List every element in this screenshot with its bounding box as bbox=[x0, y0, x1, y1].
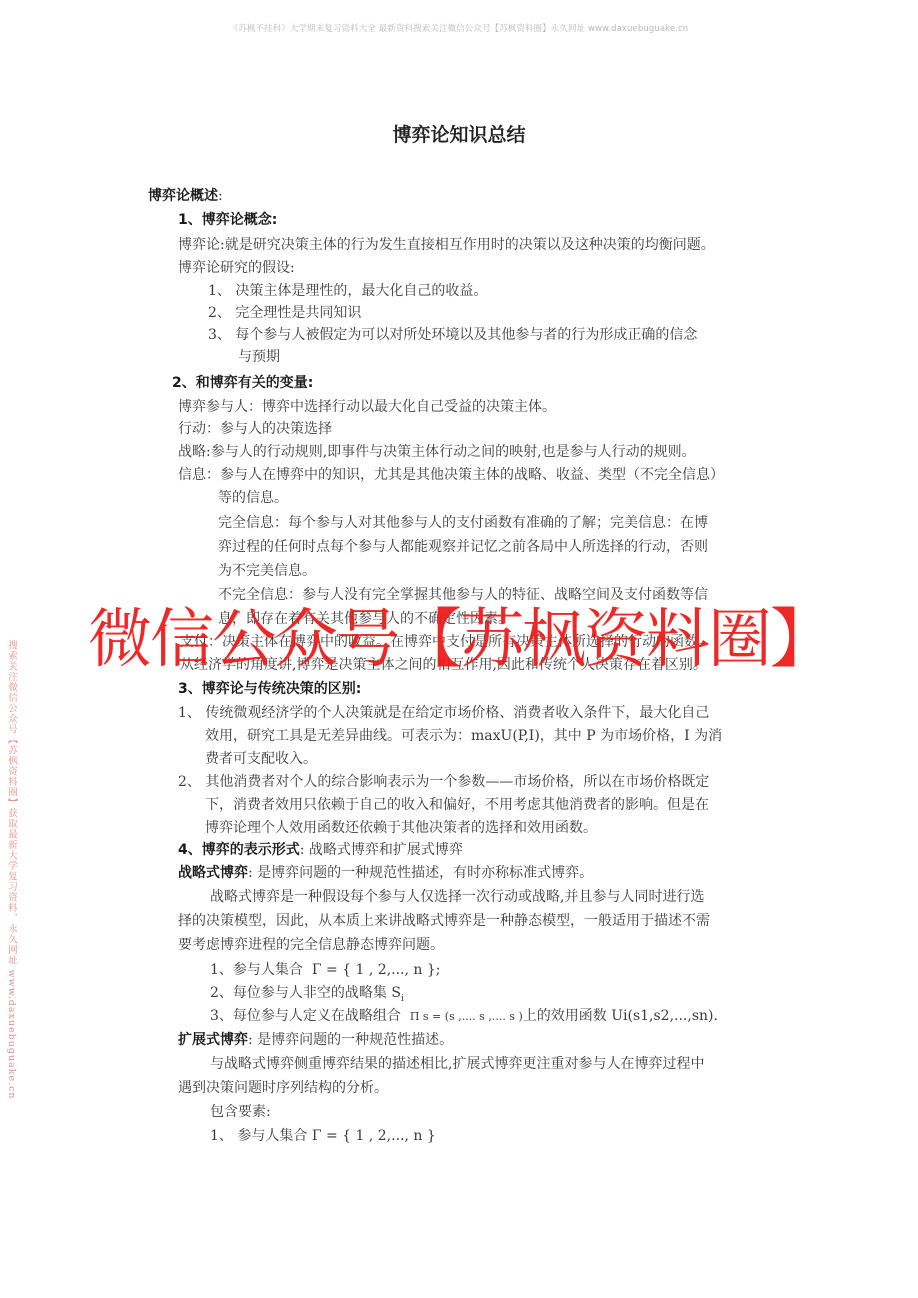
assumption-item: 3、 每个参与人被假定为可以对所处环境以及其他参与者的行为形成正确的信念 bbox=[208, 325, 697, 345]
document-title: 博弈论知识总结 bbox=[0, 120, 918, 147]
difference-line: 费者可支配收入。 bbox=[205, 749, 317, 769]
section-1-heading: 1、博弈论概念: bbox=[178, 210, 277, 230]
overlay-watermark: 微信公众号【苏枫资料圈】 bbox=[88, 605, 808, 675]
strategic-item-1: 1、参与人集合 Γ = { 1 , 2,..., n }; bbox=[210, 960, 441, 980]
section-4-heading: 4、博弈的表示形式: 战略式博弈和扩展式博弈 bbox=[178, 840, 463, 860]
strategic-para-line: 择的决策模型，因此，从本质上来讲战略式博弈是一种静态模型，一般适用于描述不需 bbox=[178, 911, 710, 931]
section-2-heading: 2、和博弈有关的变量: bbox=[172, 373, 313, 393]
strategic-item-2: 2、每位参与人非空的战略集 Si bbox=[210, 983, 404, 1009]
strategic-para-line: 要考虑博弈进程的完全信息静态博弈问题。 bbox=[178, 935, 444, 955]
extensive-game-definition: 扩展式博弈: 是博弈问题的一种规范性描述。 bbox=[178, 1030, 453, 1050]
header-watermark-banner: 《苏枫不挂科》大学期末复习资料大全 最新资料搜索关注微信公众号【苏枫资料圈】永久… bbox=[0, 22, 918, 34]
assumption-item: 2、 完全理性是共同知识 bbox=[208, 303, 361, 323]
variable-line: 完全信息：每个参与人对其他参与人的支付函数有准确的了解；完美信息：在博 bbox=[218, 513, 708, 533]
strategic-para-line: 战略式博弈是一种假设每个参与人仅选择一次行动或战略,并且参与人同时进行选 bbox=[210, 887, 704, 907]
extensive-para-line: 与战略式博弈侧重博弈结果的描述相比,扩展式博弈更注重对参与人在博弈过程中 bbox=[210, 1054, 704, 1074]
side-vertical-watermark: 搜索关注微信公众号【苏枫资料圈】获取最新大学复习资料，永久网址 www.daxu… bbox=[6, 640, 18, 1100]
variable-line: 行动：参与人的决策选择 bbox=[178, 419, 332, 439]
strategic-item-3: 3、每位参与人定义在战略组合 Π s = (s ,.... s ,.... s … bbox=[210, 1006, 718, 1027]
difference-line: 1、 传统微观经济学的个人决策就是在给定市场价格、消费者收入条件下，最大化自己 bbox=[178, 703, 709, 723]
variable-line: 不完全信息：参与人没有完全掌握其他参与人的特征、战略空间及支付函数等信 bbox=[218, 585, 708, 605]
assumption-item-cont: 与预期 bbox=[238, 347, 280, 367]
section-3-heading: 3、博弈论与传统决策的区别: bbox=[178, 679, 361, 699]
difference-line: 2、 其他消费者对个人的综合影响表示为一个参数——市场价格，所以在市场价格既定 bbox=[178, 772, 709, 792]
strategic-game-definition: 战略式博弈: 是博弈问题的一种规范性描述，有时亦称标准式博弈。 bbox=[178, 863, 593, 883]
assumption-item: 1、 决策主体是理性的，最大化自己的收益。 bbox=[208, 281, 487, 301]
variable-line: 战略:参与人的行动规则,即事件与决策主体行动之间的映射,也是参与人行动的规则。 bbox=[178, 442, 696, 462]
difference-line: 博弈论理个人效用函数还依赖于其他决策者的选择和效用函数。 bbox=[205, 818, 597, 838]
variable-line: 弈过程的任何时点每个参与人都能观察并记忆之前各局中人所选择的行动，否则 bbox=[218, 537, 708, 557]
variable-line: 博弈参与人：博弈中选择行动以最大化自己受益的决策主体。 bbox=[178, 397, 556, 417]
difference-line: 下，消费者效用只依赖于自己的收入和偏好，不用考虑其他消费者的影响。但是在 bbox=[205, 795, 709, 815]
definition-line: 博弈论:就是研究决策主体的行为发生直接相互作用时的决策以及这种决策的均衡问题。 bbox=[178, 235, 715, 255]
extensive-para-line: 遇到决策问题时序列结构的分析。 bbox=[178, 1078, 388, 1098]
difference-line: 效用，研究工具是无差异曲线。可表示为：maxU(P,I)，其中 P 为市场价格，… bbox=[205, 726, 722, 746]
variable-line: 信息：参与人在博弈中的知识，尤其是其他决策主体的战略、收益、类型（不完全信息） bbox=[178, 465, 724, 485]
elements-label: 包含要素: bbox=[210, 1102, 271, 1122]
variable-line: 为不完美信息。 bbox=[218, 561, 316, 581]
variable-line: 等的信息。 bbox=[218, 488, 288, 508]
elements-item-1: 1、 参与人集合 Γ = { 1 , 2,..., n } bbox=[210, 1126, 436, 1146]
overview-heading: 博弈论概述: bbox=[148, 186, 223, 206]
assumptions-label: 博弈论研究的假设: bbox=[178, 258, 295, 278]
